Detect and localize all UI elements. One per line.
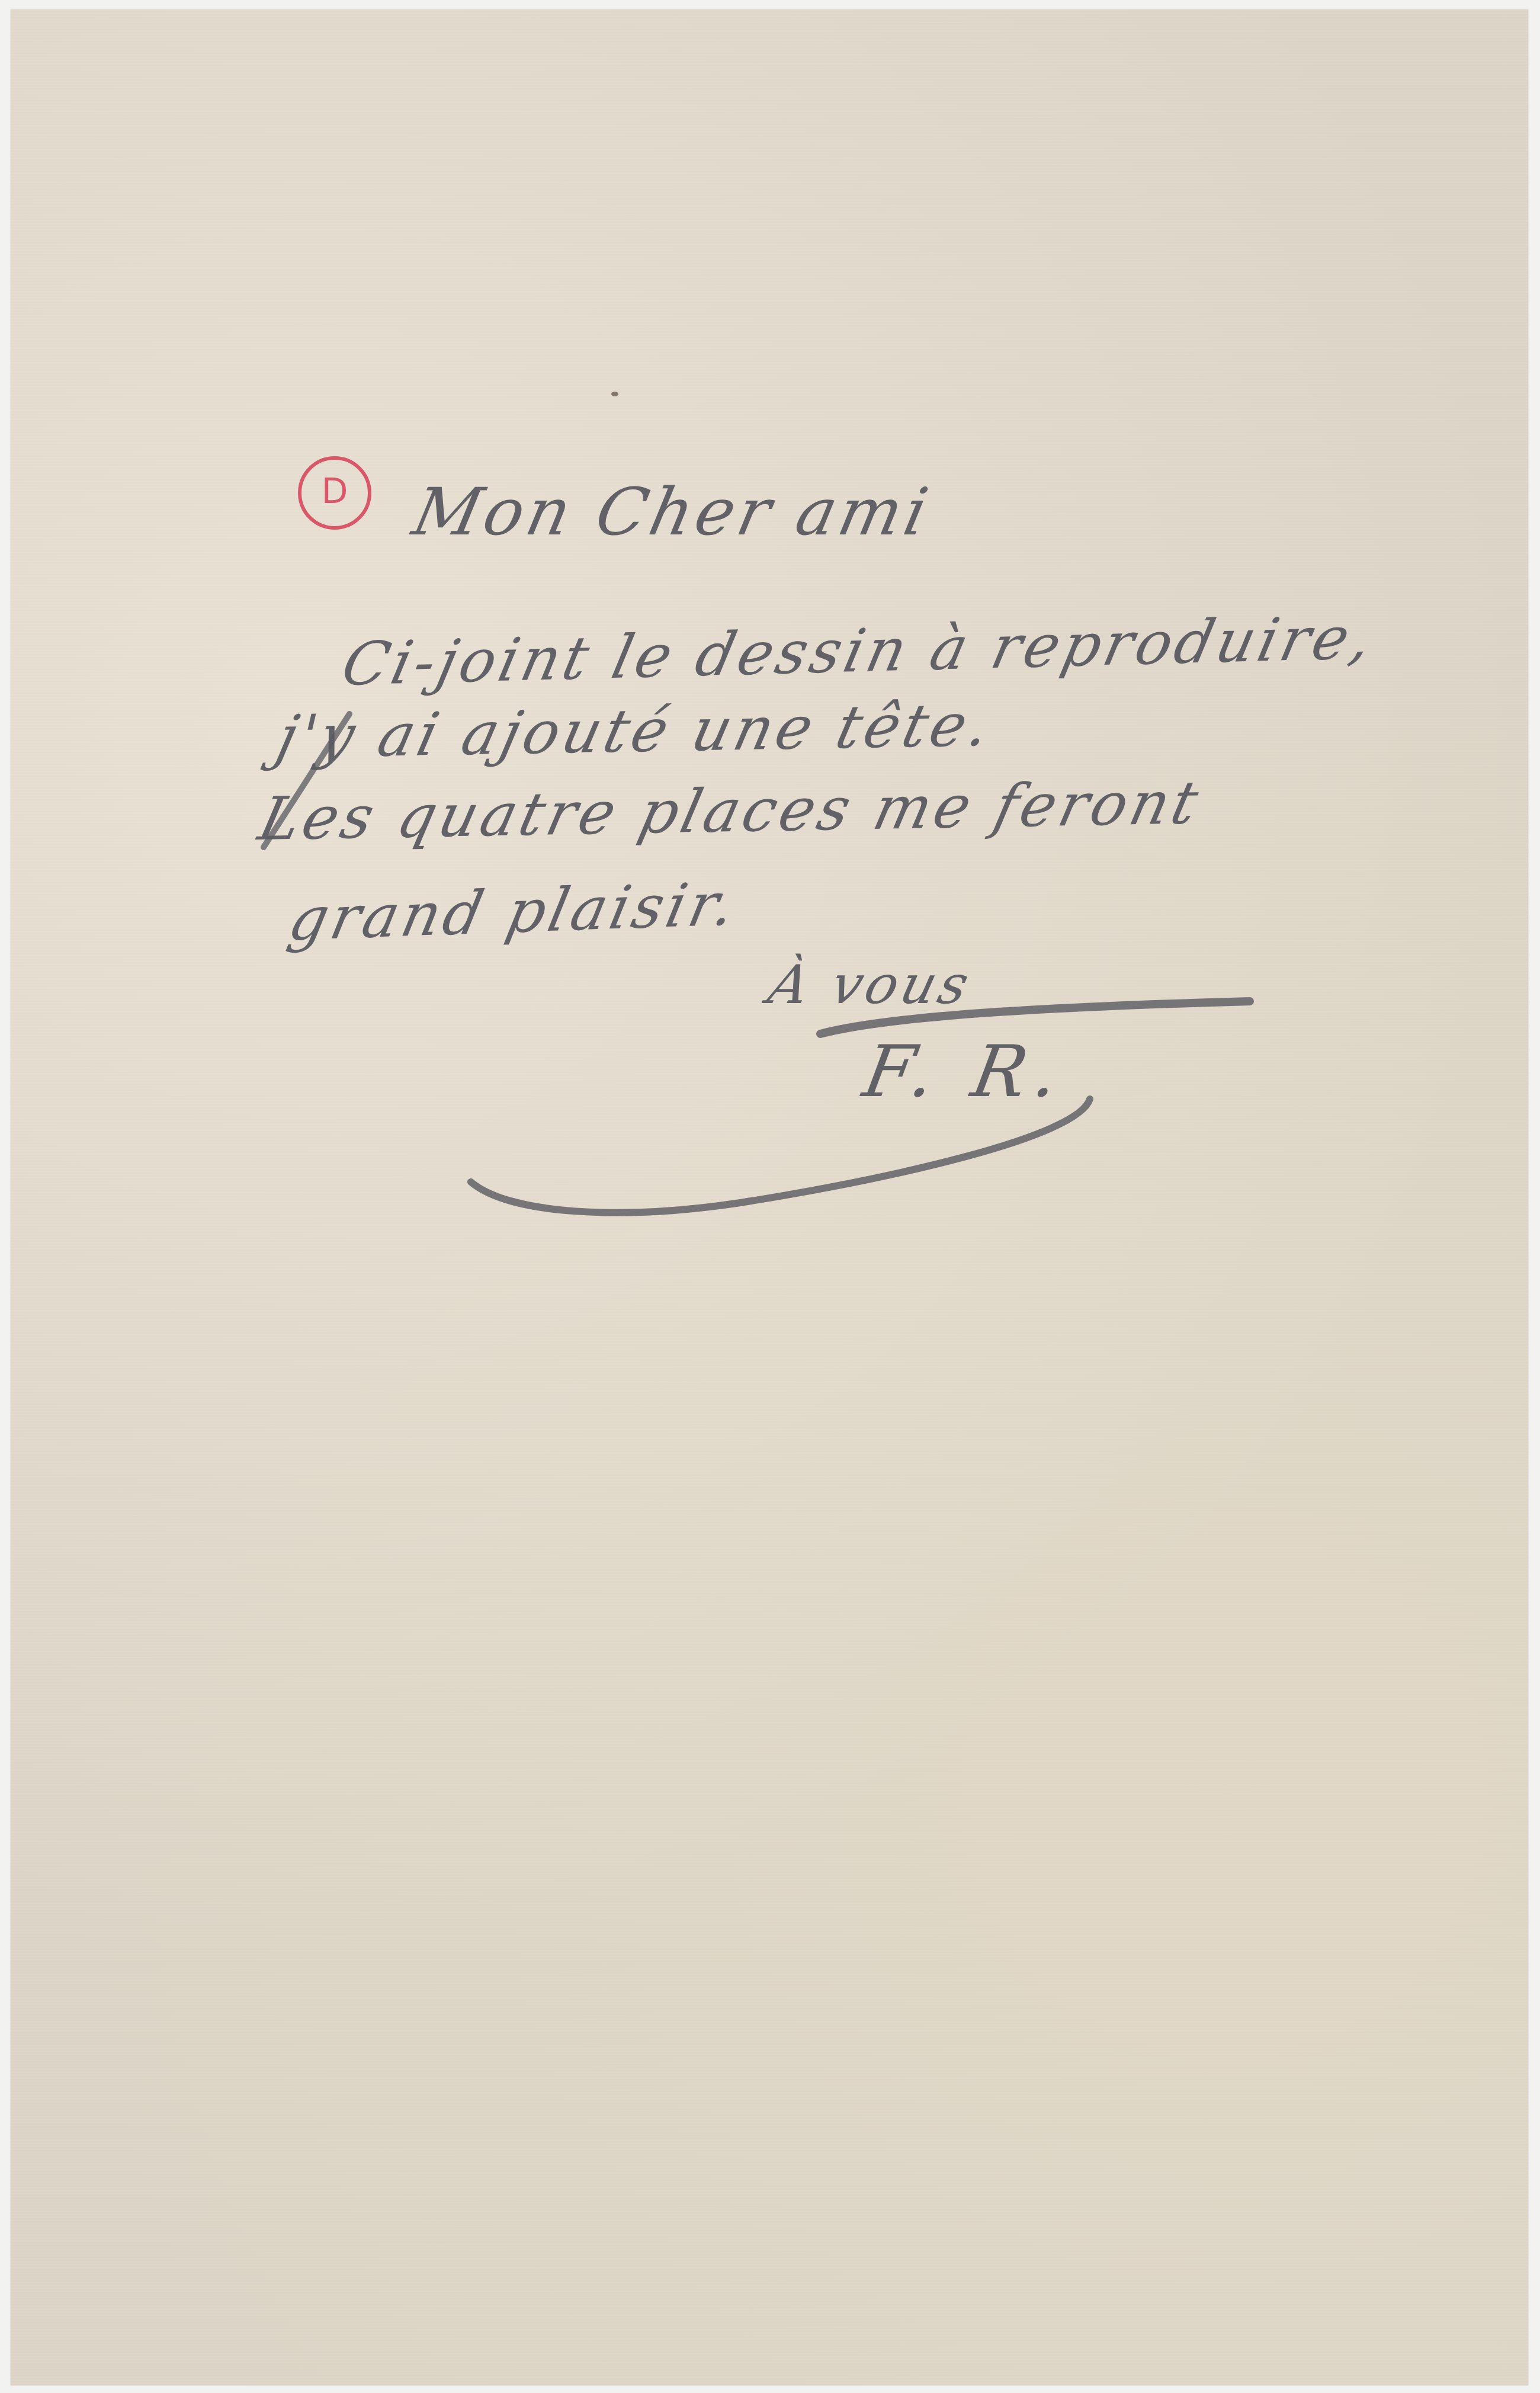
salutation: Mon Cher ami — [406, 474, 938, 550]
closing: À vous — [762, 954, 978, 1016]
red-archive-stamp: D — [298, 456, 371, 530]
signature: F. R. — [858, 1031, 1073, 1113]
stamp-letter: D — [322, 474, 348, 508]
body-line-2: j'y ai ajouté une tête. — [271, 690, 1000, 772]
letter-page — [11, 9, 1528, 2385]
